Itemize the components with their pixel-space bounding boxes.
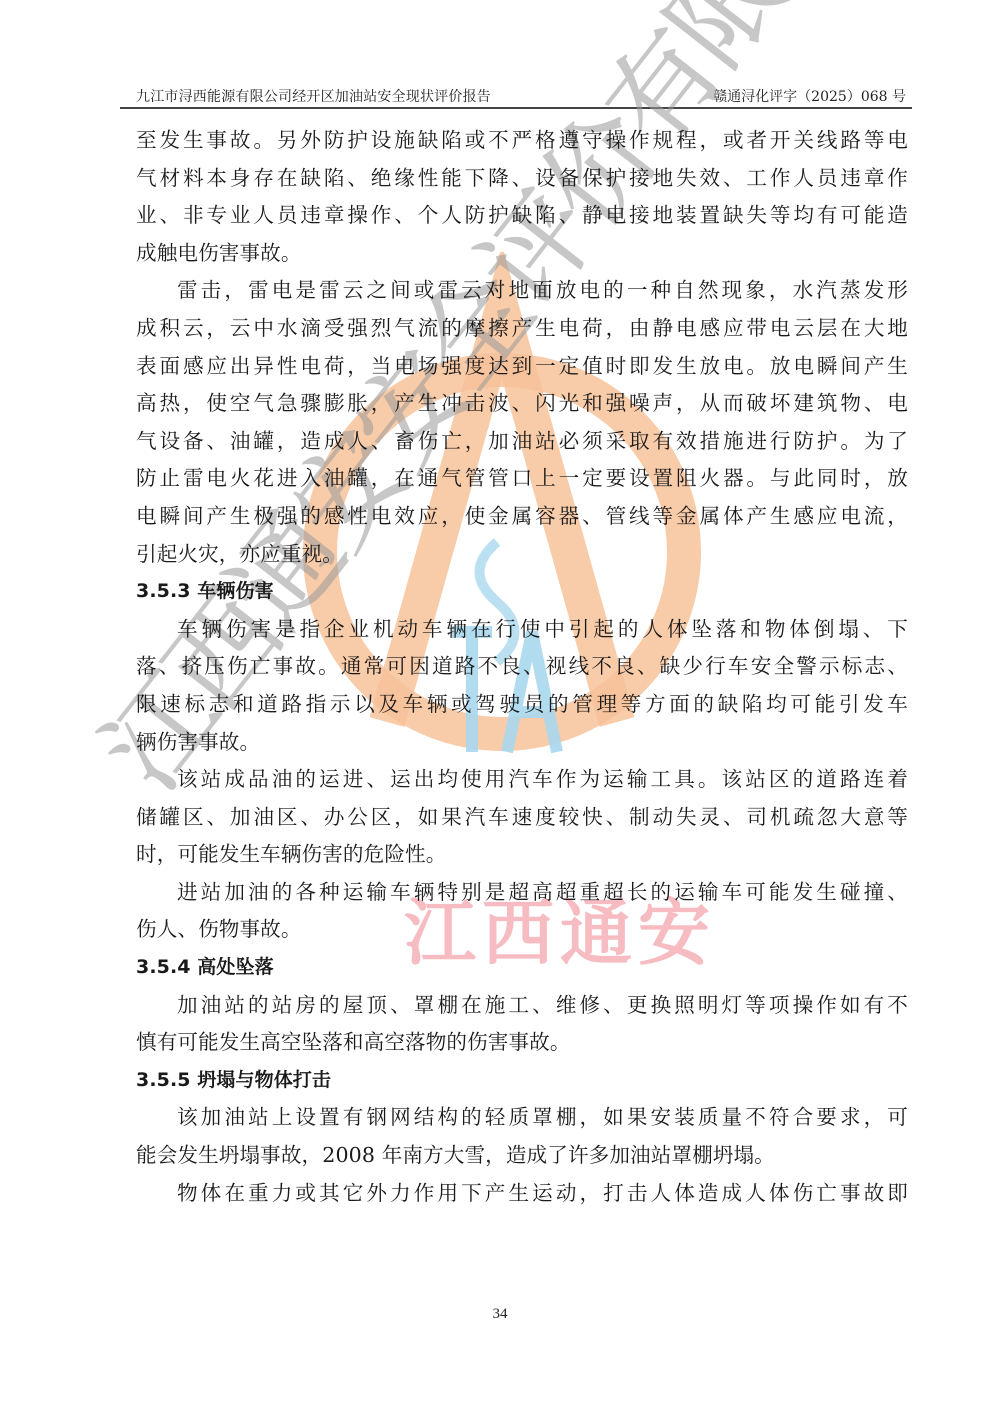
paragraph-start: 车辆伤害是指企业机动车辆在行使中引起的人体坠落和物体倒塌、下 bbox=[136, 611, 908, 649]
body-line: 伤人、伤物事故。 bbox=[136, 911, 908, 949]
body-line: 能会发生坍塌事故，2008 年南方大雪，造成了许多加油站罩棚坍塌。 bbox=[136, 1137, 908, 1175]
report-title: 九江市浔西能源有限公司经开区加油站安全现状评价报告 bbox=[136, 86, 491, 106]
body-line: 业、非专业人员违章操作、个人防护缺陷、静电接地装置缺失等均有可能造 bbox=[136, 197, 908, 235]
body-line: 气设备、油罐，造成人、畜伤亡，加油站必须采取有效措施进行防护。为了 bbox=[136, 423, 908, 461]
paragraph-start: 加油站的站房的屋顶、罩棚在施工、维修、更换照明灯等项操作如有不 bbox=[136, 987, 908, 1025]
body-line: 时，可能发生车辆伤害的危险性。 bbox=[136, 836, 908, 874]
body-line: 引起火灾，亦应重视。 bbox=[136, 536, 908, 574]
paragraph-start: 雷击，雷电是雷云之间或雷云对地面放电的一种自然现象，水汽蒸发形 bbox=[136, 272, 908, 310]
body-line: 至发生事故。另外防护设施缺陷或不严格遵守操作规程，或者开关线路等电 bbox=[136, 122, 908, 160]
body-line: 气材料本身存在缺陷、绝缘性能下降、设备保护接地失效、工作人员违章作 bbox=[136, 160, 908, 198]
body-line: 高热，使空气急骤膨胀，产生冲击波、闪光和强噪声，从而破坏建筑物、电 bbox=[136, 385, 908, 423]
document-body: 至发生事故。另外防护设施缺陷或不严格遵守操作规程，或者开关线路等电 气材料本身存… bbox=[136, 122, 908, 1212]
body-line: 储罐区、加油区、办公区，如果汽车速度较快、制动失灵、司机疏忽大意等 bbox=[136, 799, 908, 837]
body-line: 成触电伤害事故。 bbox=[136, 235, 908, 273]
body-line: 电瞬间产生极强的感性电效应，使金属容器、管线等金属体产生感应电流， bbox=[136, 498, 908, 536]
document-number: 赣通浔化评字（2025）068 号 bbox=[713, 86, 906, 106]
paragraph-start: 进站加油的各种运输车辆特别是超高超重超长的运输车可能发生碰撞、 bbox=[136, 874, 908, 912]
document-page: 九江市浔西能源有限公司经开区加油站安全现状评价报告 赣通浔化评字（2025）06… bbox=[0, 0, 1000, 1414]
paragraph-start: 该站成品油的运进、运出均使用汽车作为运输工具。该站区的道路连着 bbox=[136, 761, 908, 799]
page-header: 九江市浔西能源有限公司经开区加油站安全现状评价报告 赣通浔化评字（2025）06… bbox=[136, 86, 906, 106]
header-divider bbox=[120, 107, 912, 109]
paragraph-start: 物体在重力或其它外力作用下产生运动，打击人体造成人体伤亡事故即 bbox=[136, 1175, 908, 1213]
body-line: 落、挤压伤亡事故。通常可因道路不良、视线不良、缺少行车安全警示标志、 bbox=[136, 648, 908, 686]
paragraph-start: 该加油站上设置有钢网结构的轻质罩棚，如果安装质量不符合要求，可 bbox=[136, 1099, 908, 1137]
body-line: 辆伤害事故。 bbox=[136, 724, 908, 762]
body-line: 防止雷电火花进入油罐，在通气管管口上一定要设置阻火器。与此同时，放 bbox=[136, 460, 908, 498]
section-heading-3-5-5: 3.5.5 坍塌与物体打击 bbox=[136, 1062, 908, 1100]
section-heading-3-5-3: 3.5.3 车辆伤害 bbox=[136, 573, 908, 611]
section-heading-3-5-4: 3.5.4 高处坠落 bbox=[136, 949, 908, 987]
body-line: 成积云，云中水滴受强烈气流的摩擦产生电荷，由静电感应带电云层在大地 bbox=[136, 310, 908, 348]
body-line: 慎有可能发生高空坠落和高空落物的伤害事故。 bbox=[136, 1024, 908, 1062]
body-line: 限速标志和道路指示以及车辆或驾驶员的管理等方面的缺陷均可能引发车 bbox=[136, 686, 908, 724]
page-number: 34 bbox=[0, 1306, 1000, 1323]
body-line: 表面感应出异性电荷，当电场强度达到一定值时即发生放电。放电瞬间产生 bbox=[136, 348, 908, 386]
